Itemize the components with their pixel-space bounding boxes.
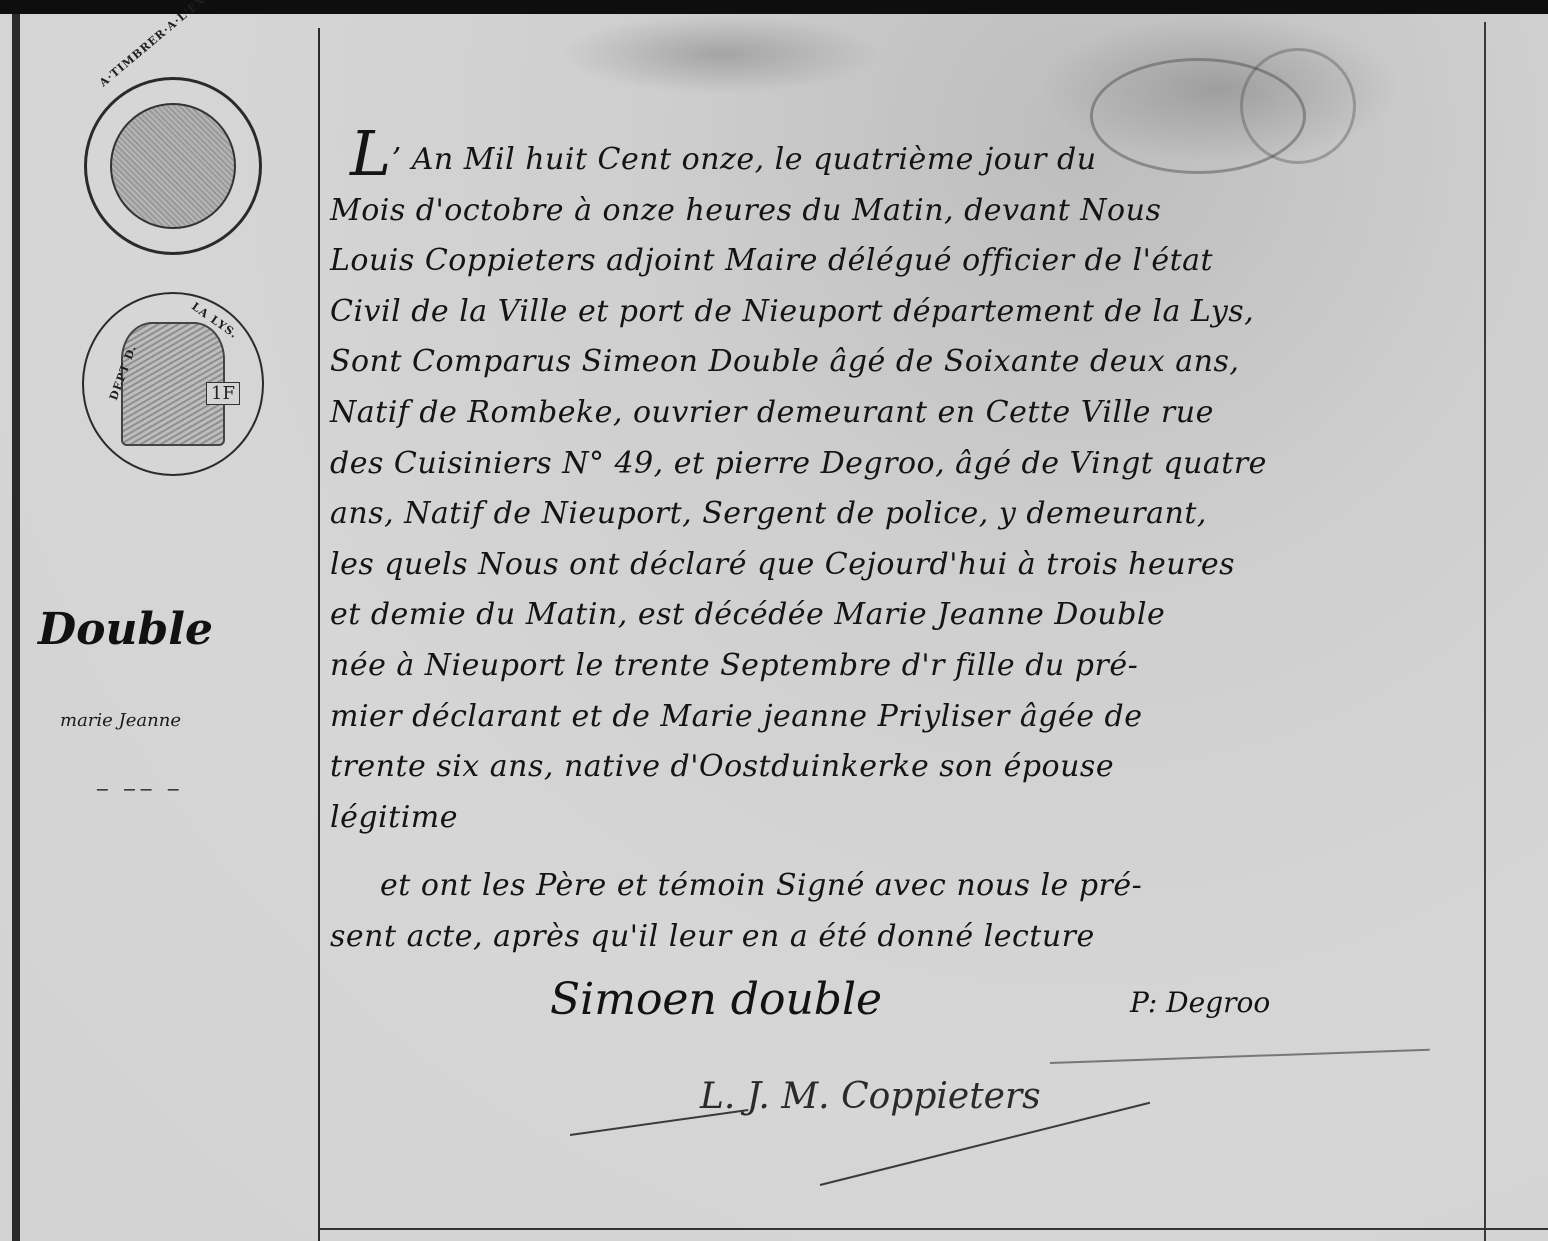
record-line: mier déclarant et de Marie jeanne Priyli… <box>330 692 1490 743</box>
record-line: légitime <box>330 793 1490 844</box>
margin-rule <box>318 28 320 1241</box>
record-line: les quels Nous ont déclaré que Cejourd'h… <box>330 540 1490 591</box>
closing-line: sent acte, après qu'il leur en a été don… <box>330 912 1490 963</box>
register-page: A·TIMBRER·A·L'EXTRAORDINAIRE· DEPT D. LA… <box>0 14 1548 1241</box>
eagle-seal-icon <box>110 103 236 229</box>
binding-edge <box>12 14 20 1241</box>
signature-flourish <box>570 1109 749 1136</box>
record-line: Mois d'octobre à onze heures du Matin, d… <box>330 186 1490 237</box>
water-stain <box>560 14 880 94</box>
record-line: Sont Comparus Simeon Double âgé de Soixa… <box>330 337 1490 388</box>
record-line: Louis Coppieters adjoint Maire délégué o… <box>330 236 1490 287</box>
margin-surname: Double <box>38 604 213 655</box>
drop-initial: L <box>350 117 392 190</box>
closing-line: et ont les Père et témoin Signé avec nou… <box>330 861 1490 912</box>
bottom-rule <box>320 1228 1548 1230</box>
department-lys-stamp: DEPT D. LA LYS. 1F <box>82 292 264 476</box>
record-line: ans, Natif de Nieuport, Sergent de polic… <box>330 489 1490 540</box>
record-body: L’ An Mil huit Cent onze, le quatrième j… <box>330 134 1490 963</box>
signature-officer: L. J. M. Coppieters <box>700 1076 1041 1117</box>
margin-given-names: marie Jeanne <box>60 710 181 731</box>
record-line: et demie du Matin, est décédée Marie Jea… <box>330 590 1490 641</box>
record-line: née à Nieuport le trente Septembre d'r f… <box>330 641 1490 692</box>
stamp-legend: A·TIMBRER·A·L'EXTRAORDINAIRE· <box>97 0 298 89</box>
record-line: trente six ans, native d'Oostduinkerke s… <box>330 742 1490 793</box>
extraordinary-tax-stamp: A·TIMBRER·A·L'EXTRAORDINAIRE· <box>84 77 262 255</box>
signature-father: Simoen double <box>550 974 882 1025</box>
record-line: des Cuisiniers N° 49, et pierre Degroo, … <box>330 439 1490 490</box>
record-line: Civil de la Ville et port de Nieuport dé… <box>330 287 1490 338</box>
record-line: Natif de Rombeke, ouvrier demeurant en C… <box>330 388 1490 439</box>
signature-witness: P: Degroo <box>1130 986 1270 1019</box>
stamp-value: 1F <box>206 382 240 405</box>
signature-flourish <box>1050 1049 1430 1064</box>
record-line: L’ An Mil huit Cent onze, le quatrième j… <box>330 134 1490 186</box>
margin-dashes: ‒ ‒‒ ‒ <box>96 776 184 800</box>
